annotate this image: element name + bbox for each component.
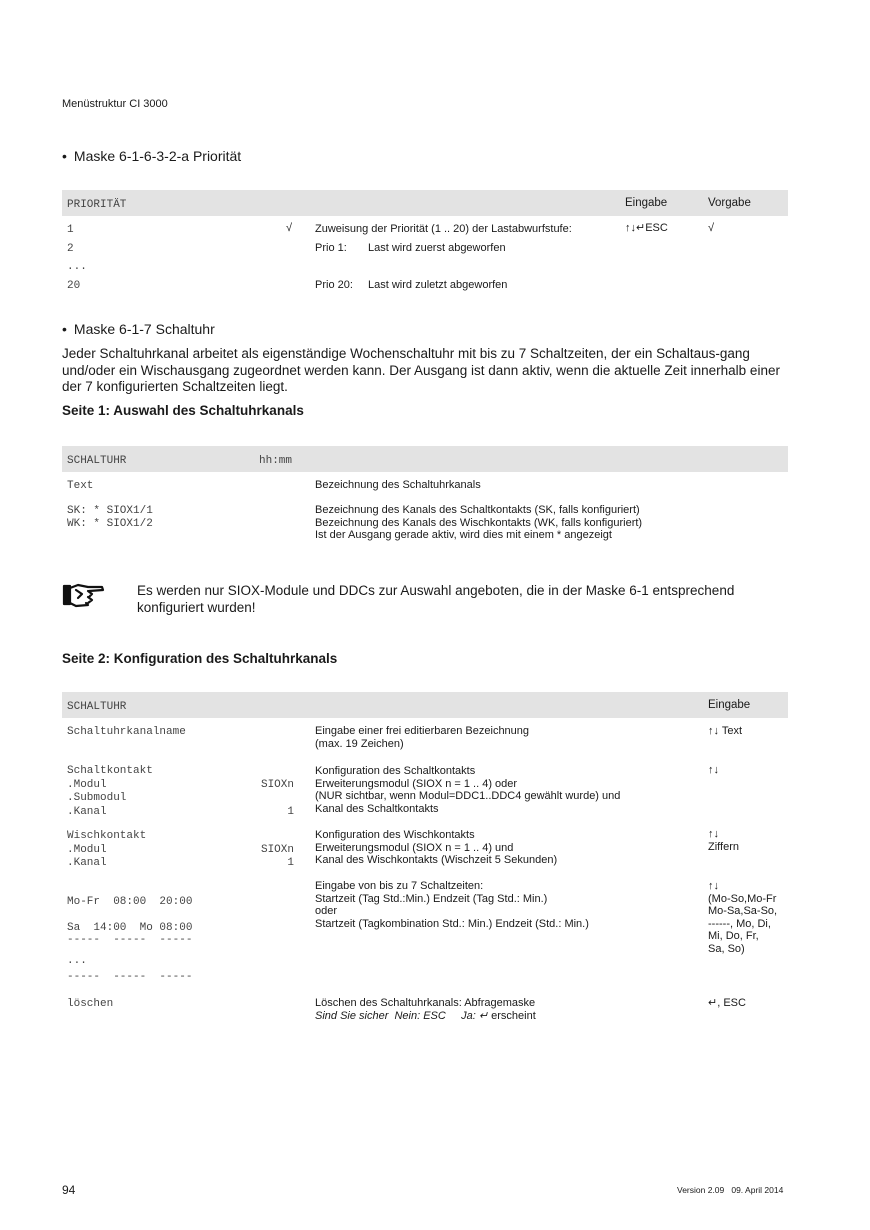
page-number: 94 — [62, 1183, 75, 1197]
page1-heading: Seite 1: Auswahl des Schaltuhrkanals — [62, 403, 304, 418]
vorgabe-header: Vorgabe — [708, 197, 751, 209]
field-line: .Kanal1 — [67, 806, 294, 820]
eingabe-header: Eingabe — [708, 699, 750, 711]
delete-label: löschen — [67, 998, 113, 1010]
schedule-eingabe: ↑↓ (Mo-So,Mo-Fr Mo-Sa,Sa-So, ------, Mo,… — [708, 880, 777, 955]
field-line: Schaltkontakt — [67, 765, 294, 779]
priority-desc: Zuweisung der Priorität (1 .. 20) der La… — [315, 223, 572, 236]
eingabe-line: ↑↓ — [708, 880, 777, 893]
field-label: .Kanal — [67, 806, 107, 820]
field-line: .Submodul — [67, 792, 294, 806]
schaltuhr-header-label: SCHALTUHR — [67, 455, 126, 467]
desc-line: Konfiguration des Wischkontakts — [315, 829, 557, 842]
sk-value: SK: * SIOX1/1 — [67, 505, 153, 518]
desc-line: Bezeichnung des Kanals des Schaltkontakt… — [315, 504, 642, 517]
schedule-line-empty: ----- ----- ----- — [67, 934, 192, 946]
field-value: SIOXn — [261, 844, 294, 858]
time-header-label: hh:mm — [259, 455, 292, 467]
note-text: Es werden nur SIOX-Module und DDCs zur A… — [137, 583, 797, 616]
text-value: Text — [67, 480, 93, 492]
field-line: .ModulSIOXn — [67, 844, 294, 858]
prio1-desc: Last wird zuerst abgeworfen — [368, 242, 506, 255]
eingabe-line: (Mo-So,Mo-Fr — [708, 893, 777, 906]
desc-line: Startzeit (Tag Std.:Min.) Endzeit (Tag S… — [315, 893, 589, 906]
field-label: Schaltkontakt — [67, 765, 153, 779]
eingabe-line: Mo-Sa,Sa-So, — [708, 905, 777, 918]
schedule-ellipsis: ... — [67, 955, 87, 967]
priority-value-1: 1 — [67, 224, 74, 236]
section-heading-priority: •Maske 6-1-6-3-2-a Priorität — [62, 148, 241, 164]
field-label: Wischkontakt — [67, 830, 146, 844]
name-desc: Eingabe einer frei editierbaren Bezeichn… — [315, 725, 529, 750]
field-line: Wischkontakt — [67, 830, 294, 844]
desc-line: Löschen des Schaltuhrkanals: Abfragemask… — [315, 997, 536, 1010]
desc-line: Startzeit (Tagkombination Std.: Min.) En… — [315, 918, 589, 931]
eingabe-line: ------, Mo, Di, — [708, 918, 777, 931]
section-title: Maske 6-1-6-3-2-a Priorität — [74, 148, 241, 164]
priority-value-20: 20 — [67, 280, 80, 292]
wischkontakt-eingabe: ↑↓ Ziffern — [708, 828, 739, 853]
eingabe-line: Mi, Do, Fr, — [708, 930, 777, 943]
eingabe-line: Sa, So) — [708, 943, 777, 956]
field-line: .Kanal1 — [67, 857, 294, 871]
schaltuhr-header-label: SCHALTUHR — [67, 701, 126, 713]
page2-heading: Seite 2: Konfiguration des Schaltuhrkana… — [62, 651, 337, 666]
field-line: .ModulSIOXn — [67, 779, 294, 793]
section-heading-schaltuhr: •Maske 6-1-7 Schaltuhr — [62, 321, 215, 337]
schedule-line-1: Mo-Fr 08:00 20:00 — [67, 896, 192, 908]
wischkontakt-fields: Wischkontakt .ModulSIOXn .Kanal1 — [67, 830, 294, 871]
field-label: .Submodul — [67, 792, 126, 806]
channel-desc: Bezeichnung des Kanals des Schaltkontakt… — [315, 504, 642, 542]
check-mark: √ — [286, 222, 292, 235]
page2-table-header — [62, 692, 788, 718]
name-eingabe: ↑↓ Text — [708, 725, 742, 738]
desc-line: Sind Sie sicher Nein: ESC Ja: ↵ erschein… — [315, 1010, 536, 1023]
pointing-hand-icon — [62, 582, 106, 608]
prio20-desc: Last wird zuletzt abgeworfen — [368, 279, 507, 292]
eingabe-line: ↑↓ — [708, 828, 739, 841]
priority-ellipsis: ... — [67, 261, 87, 273]
wischkontakt-desc: Konfiguration des Wischkontakts Erweiter… — [315, 829, 557, 867]
priority-header-label: PRIORITÄT — [67, 199, 126, 211]
priority-vorgabe: √ — [708, 222, 714, 235]
wk-value: WK: * SIOX1/2 — [67, 518, 153, 531]
desc-line: Konfiguration des Schaltkontakts — [315, 765, 620, 778]
schaltkontakt-fields: Schaltkontakt .ModulSIOXn .Submodul .Kan… — [67, 765, 294, 819]
desc-line: Eingabe von bis zu 7 Schaltzeiten: — [315, 880, 589, 893]
field-label: .Modul — [67, 779, 107, 793]
bullet: • — [62, 321, 67, 337]
bullet: • — [62, 148, 67, 164]
text-desc: Bezeichnung des Schaltuhrkanals — [315, 479, 481, 492]
field-label: .Modul — [67, 844, 107, 858]
eingabe-header: Eingabe — [625, 197, 667, 209]
schedule-desc: Eingabe von bis zu 7 Schaltzeiten: Start… — [315, 880, 589, 930]
section-title: Maske 6-1-7 Schaltuhr — [74, 321, 215, 337]
desc-line: Bezeichnung des Kanals des Wischkontakts… — [315, 517, 642, 530]
version-info: Version 2.09 09. April 2014 — [677, 1185, 783, 1195]
desc-line: (NUR sichtbar, wenn Modul=DDC1..DDC4 gew… — [315, 790, 620, 803]
confirm-prompt: Sind Sie sicher Nein: ESC Ja: ↵ — [315, 1010, 488, 1022]
page1-table-header — [62, 446, 788, 472]
delete-eingabe: ↵, ESC — [708, 997, 746, 1010]
field-value: SIOXn — [261, 779, 294, 793]
confirm-tail: erscheint — [488, 1010, 536, 1022]
desc-line: Erweiterungsmodul (SIOX n = 1 .. 4) und — [315, 842, 557, 855]
schaltkontakt-desc: Konfiguration des Schaltkontakts Erweite… — [315, 765, 620, 815]
desc-line: Erweiterungsmodul (SIOX n = 1 .. 4) oder — [315, 778, 620, 791]
running-head: Menüstruktur CI 3000 — [62, 98, 168, 110]
delete-desc: Löschen des Schaltuhrkanals: Abfragemask… — [315, 997, 536, 1022]
prio1-label: Prio 1: — [315, 242, 347, 255]
eingabe-line: Ziffern — [708, 841, 739, 854]
desc-line: Kanal des Schaltkontakts — [315, 803, 620, 816]
desc-line: oder — [315, 905, 589, 918]
schaltkontakt-eingabe: ↑↓ — [708, 764, 719, 777]
desc-line: Ist der Ausgang gerade aktiv, wird dies … — [315, 529, 642, 542]
priority-table-header — [62, 190, 788, 216]
field-value: 1 — [287, 806, 294, 820]
schedule-line-last: ----- ----- ----- — [67, 971, 192, 983]
prio20-label: Prio 20: — [315, 279, 353, 292]
schedule-line-2: Sa 14:00 Mo 08:00 — [67, 922, 192, 934]
field-value: 1 — [287, 857, 294, 871]
channel-values: SK: * SIOX1/1 WK: * SIOX1/2 — [67, 505, 153, 530]
intro-paragraph: Jeder Schaltuhrkanal arbeitet als eigens… — [62, 346, 792, 396]
field-label: .Kanal — [67, 857, 107, 871]
desc-line: Kanal des Wischkontakts (Wischzeit 5 Sek… — [315, 854, 557, 867]
name-field-label: Schaltuhrkanalname — [67, 726, 186, 738]
desc-line: (max. 19 Zeichen) — [315, 738, 529, 751]
priority-eingabe: ↑↓↵ESC — [625, 222, 668, 235]
priority-value-2: 2 — [67, 243, 74, 255]
desc-line: Eingabe einer frei editierbaren Bezeichn… — [315, 725, 529, 738]
